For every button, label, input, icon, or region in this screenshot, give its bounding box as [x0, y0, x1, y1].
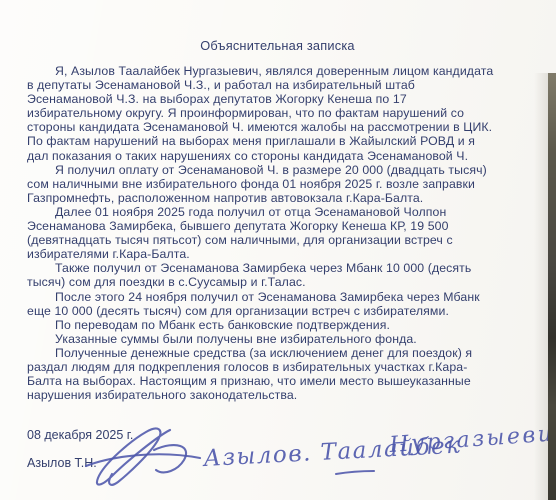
text-line: тысяч) сом для поездки в с.Суусамыр и г.…	[27, 275, 528, 289]
document-content: Объяснительная записка Я, Азылов Таалайб…	[0, 0, 556, 471]
text-line: избирателями г.Кара-Балта.	[27, 247, 528, 261]
text-line: Я, Азылов Таалайбек Нургазыевич, являлся…	[27, 64, 528, 78]
text-line: По фактам нарушений на выборах меня приг…	[27, 134, 528, 148]
text-line: Балта на выборах. Настоящим я признаю, ч…	[27, 374, 528, 388]
text-line: раздал людям для подкрепления голосов в …	[27, 360, 528, 374]
text-line: дал показания о таких нарушениях со стор…	[27, 149, 528, 163]
text-line: Эсенаманова Замирбека, бывшего депутата …	[27, 219, 528, 233]
text-line: стороны кандидата Эсенамановой Ч. имеютс…	[27, 120, 528, 134]
text-line: избирательному округу. Я проинформирован…	[27, 106, 528, 120]
paper-edge-shadow	[534, 73, 548, 500]
text-line: После этого 24 ноября получил от Эсенама…	[27, 290, 528, 304]
text-line: Газпромнефть, расположенном напротив авт…	[27, 191, 528, 205]
document-title: Объяснительная записка	[27, 38, 528, 53]
text-line: сом наличными вне избирательного фонда 0…	[27, 177, 528, 191]
text-line: в депутаты Эсенамановой Ч.З., и работал …	[27, 78, 528, 92]
text-line: нарушения избирательного законодательств…	[27, 388, 528, 402]
text-line: Указанные суммы были получены вне избира…	[27, 332, 528, 346]
scan-edge-strip	[548, 73, 556, 500]
text-line: Эсенамановой Ч.З. на выборах депутатов Ж…	[27, 92, 528, 106]
text-line: еще 10 000 (десять тысяч) сом для органи…	[27, 304, 528, 318]
text-line: По переводам по Мбанк есть банковские по…	[27, 318, 528, 332]
text-line: (девятнадцать тысяч пятьсот) сом наличны…	[27, 233, 528, 247]
text-line: Также получил от Эсенаманова Замирбека ч…	[27, 261, 528, 275]
document-body: Я, Азылов Таалайбек Нургазыевич, являлся…	[27, 64, 528, 402]
text-line: Далее 01 ноября 2025 года получил от отц…	[27, 205, 528, 219]
text-line: Полученные денежные средства (за исключе…	[27, 346, 528, 360]
document-date: 08 декабря 2025 г.	[27, 428, 528, 443]
text-line: Я получил оплату от Эсенамановой Ч. в ра…	[27, 163, 528, 177]
scanned-document-page: Объяснительная записка Я, Азылов Таалайб…	[0, 0, 556, 500]
signer-name: Азылов Т.Н.	[27, 456, 528, 471]
